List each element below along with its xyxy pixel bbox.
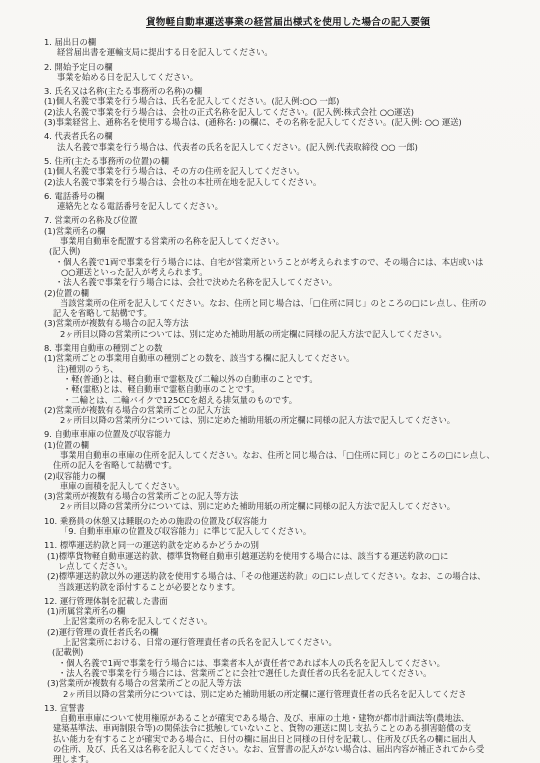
doc-line: (3)営業所が複数有る場合の営業所ごとの記入等方法: [44, 491, 522, 501]
document-section: 8. 事業用自動車の種別ごとの数(1)営業所ごとの事業用自動車の種別ごとの数を、…: [44, 343, 522, 425]
document-section: 7. 営業所の名称及び位置(1)営業所名の欄事業用自動車を配置する営業所の名称を…: [44, 215, 522, 339]
doc-line: ・個人名義で1両で事業を行う場合には、自宅が営業所ということが考えられますので、…: [44, 257, 522, 267]
doc-line: (1)所属営業所名の欄: [44, 606, 522, 616]
doc-line: (2)法人名義で事業を行う場合は、会社の正式名称を記入してください。(記入例:株…: [44, 107, 522, 117]
doc-line: ・軽(普通)とは、軽自動車で霊柩及び二輪以外の自動車のことです。: [44, 374, 522, 384]
doc-line: 3. 氏名又は名称(主たる事務所の名称)の欄: [44, 86, 522, 96]
doc-line: 当該運送約款を添付することが必要となります。: [44, 582, 522, 592]
document-section: 6. 電話番号の欄連絡先となる電話番号を記入してください。: [44, 191, 522, 212]
doc-line: 事業を始める日を記入してください。: [44, 72, 522, 82]
doc-line: 法人名義で事業を行う場合は、代表者の氏名を記入してください。(記入例:代表取締役…: [44, 142, 522, 152]
doc-line: 2ヶ所目以降の営業所分については、別に定めた補助用紙の所定欄に同様の記入方法で記…: [44, 415, 522, 425]
document-section: 9. 自動車車庫の位置及び収容能力(1)位置の欄事業用自動車の車庫の住所を記入し…: [44, 429, 522, 511]
document-section: 13. 宣誓書自動車車庫について使用権原があることが確実である場合、及び、車庫の…: [44, 703, 522, 763]
doc-line: ・二輪とは、二輪バイクで125CCを超える排気量のものです。: [44, 395, 522, 405]
document-section: 11. 標準運送約款と同一の運送約款を定めるかどうかの別(1)標準貨物軽自動車運…: [44, 540, 522, 591]
doc-line: (2)収容能力の欄: [44, 471, 522, 481]
doc-line: 上記営業所の名称を記入してください。: [44, 616, 522, 626]
doc-line: 事業用自動車の車庫の住所を記入してください。なお、住所と同じ場合は、「□住所に同…: [44, 450, 522, 460]
doc-line: 事業用自動車を配置する営業所の名称を記入してください。: [44, 236, 522, 246]
doc-line: 理します。: [44, 754, 522, 763]
doc-line: 建築基準法、車両制限令等)の関係法令に抵触していないこと、貨物の運送に関し支払う…: [44, 723, 522, 733]
doc-line: 13. 宣誓書: [44, 703, 522, 713]
doc-line: ・法人名義で事業を行う場合には、会社で決めた名称を記入してください。: [44, 277, 522, 287]
doc-line: 2ヶ所目以降の営業所分については、別に定めた補助用紙の所定欄に運行管理責任者の氏…: [44, 689, 522, 699]
doc-line: (1)個人名義で事業を行う場合は、氏名を記入してください。(記入例:○○ 一郎): [44, 96, 522, 106]
doc-line: (3)営業所が複数有る場合の記入等方法: [44, 318, 522, 328]
doc-line: 連絡先となる電話番号を記入してください。: [44, 201, 522, 211]
doc-line: (2)位置の欄: [44, 288, 522, 298]
doc-line: 7. 営業所の名称及び位置: [44, 215, 522, 225]
doc-line: の住所、及び、氏名又は名称を記入してください。なお、宣誓書の記入がない場合は、届…: [44, 744, 522, 754]
doc-line: 払い能力を有することが確実である場合に、日付の欄に届出日と同様の日付を記載し、住…: [44, 734, 522, 744]
doc-line: 住所の記入を省略して結構です。: [44, 460, 522, 470]
document-body: 1. 届出日の欄経営届出書を運輸支局に提出する日を記入してください。2. 開始予…: [44, 37, 522, 763]
doc-line: レ点してください。: [44, 561, 522, 571]
doc-line: ・個人名義で1両で事業を行う場合には、事業者本人が責任者であれば本人の氏名を記入…: [44, 658, 522, 668]
document-section: 3. 氏名又は名称(主たる事務所の名称)の欄(1)個人名義で事業を行う場合は、氏…: [44, 86, 522, 127]
doc-line: 「9. 自動車車庫の位置及び収容能力」に準じて記入してください。: [44, 526, 522, 536]
doc-line: 4. 代表者氏名の欄: [44, 131, 522, 141]
doc-line: 10. 乗務員の休憩又は睡眠のための施設の位置及び収容能力: [44, 516, 522, 526]
doc-line: (3)事業経営上、通称名を使用する場合は、(通称名: )の欄に、その名称を記入し…: [44, 117, 522, 127]
doc-line: (1)営業所名の欄: [44, 226, 522, 236]
doc-line: 2ヶ所目以降の営業所については、別に定めた補助用紙の所定欄に同様の記入方法で記入…: [44, 329, 522, 339]
document-section: 5. 住所(主たる事務所の位置)の欄(1)個人名義で事業を行う場合は、その方の住…: [44, 156, 522, 187]
doc-line: 5. 住所(主たる事務所の位置)の欄: [44, 156, 522, 166]
doc-line: 2ヶ所目以降の営業所分については、別に定めた補助用紙の所定欄に同様の記入方法で記…: [44, 501, 522, 511]
doc-line: ・法人名義で事業を行う場合には、営業所ごとに会社で選任した責任者の氏名を記入して…: [44, 668, 522, 678]
document-section: 10. 乗務員の休憩又は睡眠のための施設の位置及び収容能力「9. 自動車車庫の位…: [44, 516, 522, 537]
doc-line: 経営届出書を運輸支局に提出する日を記入してください。: [44, 47, 522, 57]
doc-line: (記入例): [44, 246, 522, 256]
doc-line: 自動車車庫について使用権原があることが確実である場合、及び、車庫の土地・建物が都…: [44, 713, 522, 723]
doc-line: 9. 自動車車庫の位置及び収容能力: [44, 429, 522, 439]
doc-line: 1. 届出日の欄: [44, 37, 522, 47]
doc-line: ・軽(霊柩)とは、軽自動車で霊柩自動車のことです。: [44, 384, 522, 394]
doc-line: (1)標準貨物軽自動車運送約款、標準貨物軽自動車引越運送約を使用する場合には、該…: [44, 551, 522, 561]
doc-line: (3)営業所が複数有る場合の営業所ごとの記入等方法: [44, 678, 522, 688]
doc-line: ○○運送といった記入が考えられます。: [44, 267, 522, 277]
doc-line: 注)種別のうち、: [44, 364, 522, 374]
doc-line: (2)標準運送約款以外の運送約款を使用する場合は、「その他運送約款」の□にレ点し…: [44, 571, 522, 581]
doc-line: (2)営業所が複数有る場合の営業所ごとの記入方法: [44, 405, 522, 415]
doc-line: 6. 電話番号の欄: [44, 191, 522, 201]
doc-line: 11. 標準運送約款と同一の運送約款を定めるかどうかの別: [44, 540, 522, 550]
doc-line: 上記営業所における、日常の運行管理責任者の氏名を記入してください。: [44, 637, 522, 647]
document-section: 2. 開始予定日の欄事業を始める日を記入してください。: [44, 62, 522, 83]
doc-line: (記載例): [44, 647, 522, 657]
doc-line: 12. 運行管理体制を記載した書面: [44, 596, 522, 606]
doc-line: 記入を省略して結構です。: [44, 308, 522, 318]
doc-line: 2. 開始予定日の欄: [44, 62, 522, 72]
doc-line: (2)法人名義で事業を行う場合は、会社の本社所在地を記入してください。: [44, 177, 522, 187]
document-title: 貨物軽自動車運送事業の経営届出様式を使用した場合の記入要領: [54, 14, 522, 28]
doc-line: (1)営業所ごとの事業用自動車の種別ごとの数を、該当する欄に記入してください。: [44, 353, 522, 363]
doc-line: 車庫の面積を記入してください。: [44, 481, 522, 491]
doc-line: (1)個人名義で事業を行う場合は、その方の住所を記入してください。: [44, 166, 522, 176]
doc-line: (2)運行管理の責任者氏名の欄: [44, 627, 522, 637]
doc-line: 当該営業所の住所を記入してください。なお、住所と同じ場合は、「□住所に同じ」のと…: [44, 298, 522, 308]
document-section: 1. 届出日の欄経営届出書を運輸支局に提出する日を記入してください。: [44, 37, 522, 58]
document-page: 貨物軽自動車運送事業の経営届出様式を使用した場合の記入要領 1. 届出日の欄経営…: [0, 0, 540, 763]
doc-line: (1)位置の欄: [44, 440, 522, 450]
document-section: 4. 代表者氏名の欄法人名義で事業を行う場合は、代表者の氏名を記入してください。…: [44, 131, 522, 152]
doc-line: 8. 事業用自動車の種別ごとの数: [44, 343, 522, 353]
document-section: 12. 運行管理体制を記載した書面(1)所属営業所名の欄上記営業所の名称を記入し…: [44, 596, 522, 699]
